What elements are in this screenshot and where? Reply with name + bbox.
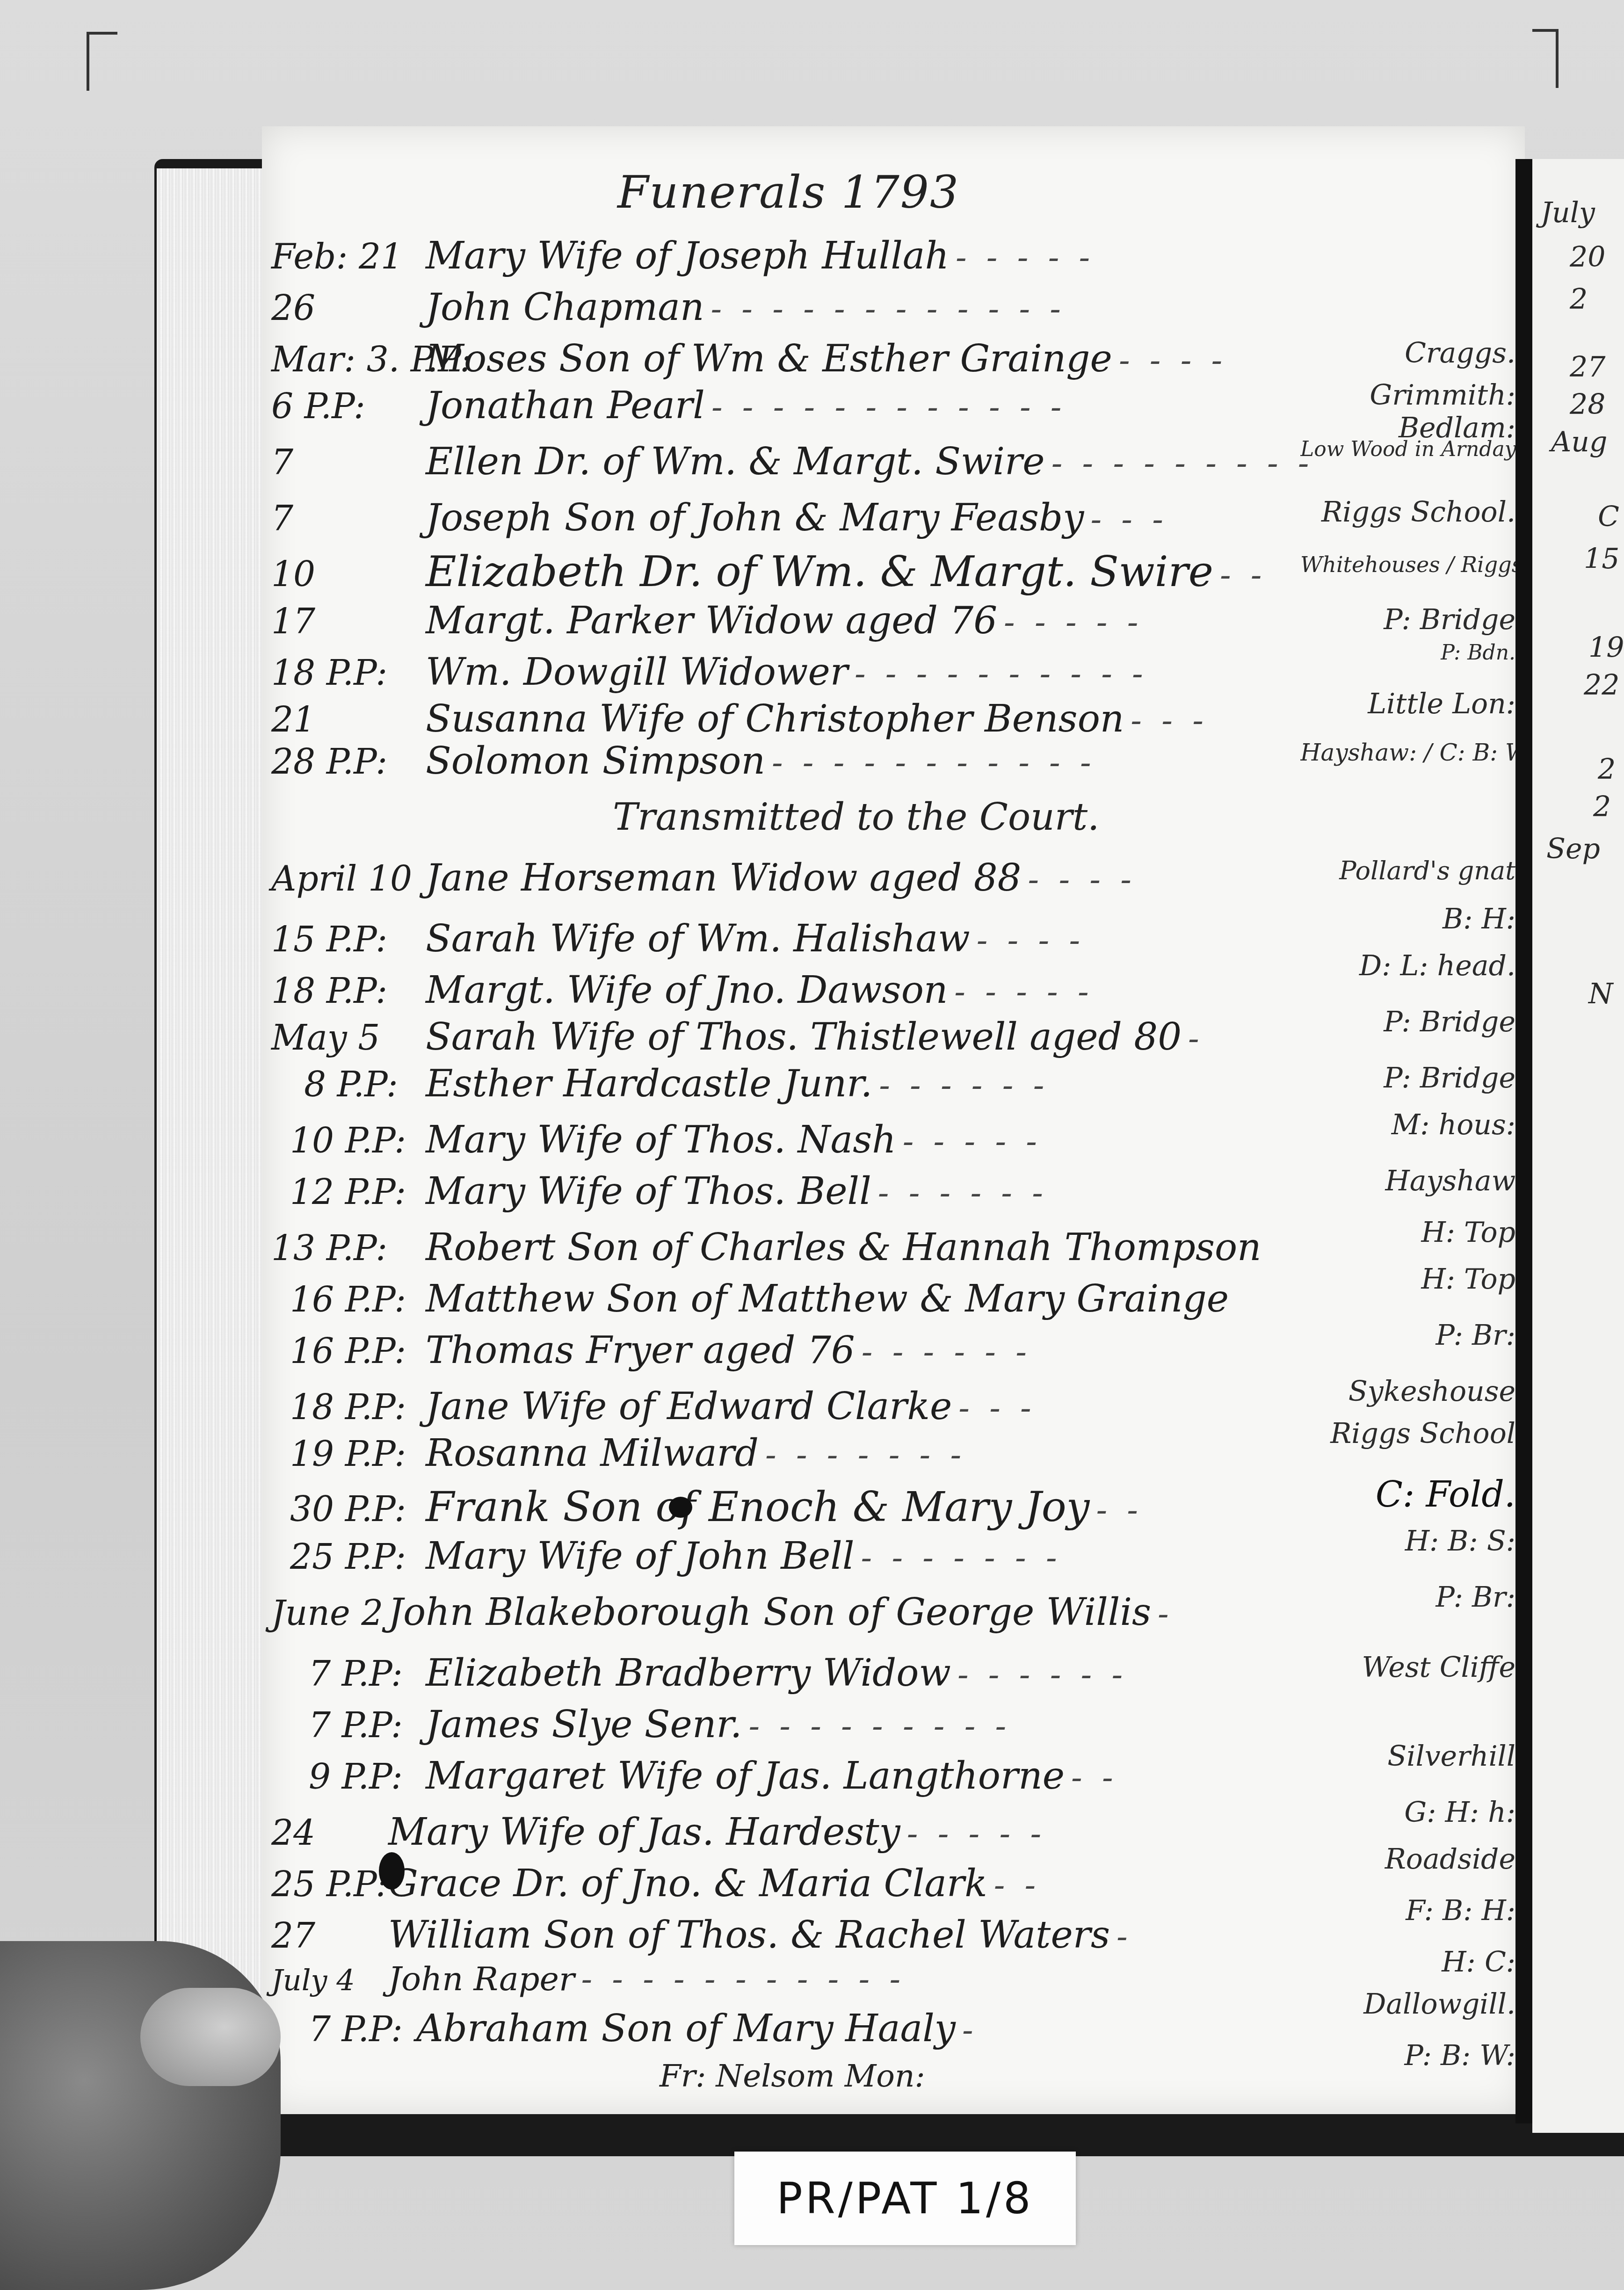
entry-text: Solomon Simpson (426, 739, 765, 783)
leader-dashes: - - - - - - - (765, 1435, 966, 1474)
leader-dashes: - - - - - - (862, 1333, 1031, 1371)
entry-date: 7 (271, 499, 426, 539)
entry-place: H: Top (1300, 1263, 1515, 1296)
entry-place: Hayshaw (1300, 1165, 1515, 1197)
entry-text: Mary Wife of John Bell (426, 1534, 854, 1578)
leader-dashes: - - (1096, 1491, 1143, 1529)
leader-dashes: - - - (958, 1389, 1036, 1427)
register-entry: 16 P.P:Matthew Son of Matthew & Mary Gra… (290, 1277, 1229, 1328)
register-entry: 10 P.P:Mary Wife of Thos. Nash- - - - - (290, 1118, 1042, 1169)
entry-date: 15 P.P: (271, 920, 426, 960)
entry-text: Margaret Wife of Jas. Langthorne (426, 1754, 1065, 1797)
entry-text: Margt. Wife of Jno. Dawson (426, 968, 948, 1012)
entry-date: 26 (271, 288, 426, 328)
leader-dashes: - - - - - (1004, 603, 1143, 641)
entry-place: H: B: S: (1300, 1525, 1515, 1558)
leader-dashes: - - - - - - - - - (1051, 444, 1314, 482)
entry-place: P: Bridge (1300, 1006, 1515, 1038)
leader-dashes: - - - - - - - (861, 1538, 1061, 1577)
facing-page-fragment: July 20 2 27 28 Aug C 15 19 22 2 2 Sep N (1532, 159, 1624, 2133)
entry-date: 18 P.P: (290, 1387, 426, 1428)
leader-dashes: - - - - - - (957, 1655, 1127, 1694)
entry-text: Abraham Son of Mary Haaly (416, 2007, 956, 2050)
leader-dashes: - - - - (977, 921, 1085, 959)
register-entry: May 5Sarah Wife of Thos. Thistlewell age… (271, 1015, 1204, 1066)
entry-place: G: H: h: (1300, 1796, 1515, 1829)
facing-page-text: 20 (1570, 241, 1605, 274)
entry-place: Sykeshouse (1300, 1375, 1515, 1408)
leader-dashes: - - - - - - - - - - - - (711, 388, 1066, 426)
register-entry: 7Joseph Son of John & Mary Feasby- - - (271, 496, 1168, 547)
entry-date: 27 (271, 1916, 388, 1956)
entry-text: Elizabeth Dr. of Wm. & Margt. Swire (426, 547, 1213, 596)
register-entry: Feb: 21Mary Wife of Joseph Hullah- - - -… (271, 234, 1095, 285)
entry-text: Jonathan Pearl (426, 384, 705, 427)
entry-text: Wm. Dowgill Widower (426, 650, 848, 694)
entry-text: Sarah Wife of Thos. Thistlewell aged 80 (426, 1015, 1182, 1058)
entry-date: 30 P.P: (290, 1489, 426, 1529)
ink-blot (379, 1852, 405, 1890)
entry-place: D: L: head. (1300, 949, 1515, 982)
register-entry: 13 P.P:Robert Son of Charles & Hannah Th… (271, 1225, 1261, 1277)
facing-page-text: Aug (1551, 426, 1607, 458)
facing-page-text: 15 (1584, 543, 1619, 575)
register-entry: 18 P.P:Wm. Dowgill Widower- - - - - - - … (271, 650, 1148, 702)
register-entry: 9 P.P:Margaret Wife of Jas. Langthorne- … (309, 1754, 1118, 1805)
entry-text: Margt. Parker Widow aged 76 (426, 599, 997, 642)
entry-date: 7 P.P: (309, 2009, 416, 2050)
leader-dashes: - - - - - - (878, 1174, 1048, 1212)
entry-date: July 4 (271, 1963, 388, 1997)
leader-dashes: - - (994, 1866, 1041, 1904)
register-entry: 8 P.P:Esther Hardcastle Junr.- - - - - - (304, 1062, 1049, 1113)
entry-text: Ellen Dr. of Wm. & Margt. Swire (426, 440, 1045, 483)
entry-text: Robert Son of Charles & Hannah Thompson (426, 1225, 1261, 1269)
leader-dashes: - (1158, 1594, 1174, 1633)
page-edges (157, 168, 264, 2053)
entry-date: 9 P.P: (309, 1757, 426, 1797)
leader-dashes: - - - - - (903, 1122, 1042, 1160)
entry-place: F: B: H: (1300, 1894, 1515, 1927)
entry-date: 12 P.P: (290, 1172, 426, 1212)
entry-place: P: Bridge (1300, 603, 1515, 636)
crop-mark-top-right (1532, 29, 1559, 88)
entry-text: Mary Wife of Thos. Nash (426, 1118, 896, 1161)
entry-text: Moses Son of Wm & Esther Grainge (426, 337, 1112, 380)
entry-text: Mary Wife of Jas. Hardesty (388, 1810, 900, 1854)
register-entry: 7 P.P:James Slye Senr.- - - - - - - - - (309, 1703, 1011, 1754)
entry-place: Dallowgill. (1300, 1988, 1515, 2021)
facing-page-text: July (1541, 196, 1595, 229)
register-entry: Mar: 3. P.P:Moses Son of Wm & Esther Gra… (271, 337, 1227, 388)
facing-page-text: 22 (1584, 669, 1619, 702)
entry-date: 17 (271, 601, 426, 642)
leader-dashes: - - (1071, 1758, 1118, 1797)
leader-dashes: - - - - - (954, 972, 1093, 1011)
entry-date: 16 P.P: (290, 1280, 426, 1320)
entry-date: 10 (271, 554, 426, 594)
entry-date: 28 P.P: (271, 742, 426, 782)
transmitted-note: Transmitted to the Court. (613, 795, 1100, 839)
page-title: Funerals 1793 (617, 166, 959, 218)
entry-place: P: Bdn. (1300, 641, 1515, 665)
entry-text: Joseph Son of John & Mary Feasby (426, 496, 1084, 539)
register-entry: 18 P.P:Margt. Wife of Jno. Dawson- - - -… (271, 968, 1094, 1020)
thumb (140, 1988, 281, 2086)
facing-page-text: Sep (1546, 833, 1600, 865)
entry-date: 7 (271, 442, 426, 483)
entry-date: Feb: 21 (271, 237, 426, 277)
leader-dashes: - - - - - - - - - - (855, 654, 1148, 693)
entry-text: James Slye Senr. (426, 1703, 742, 1746)
register-entry: 16 P.P:Thomas Fryer aged 76- - - - - - (290, 1328, 1031, 1380)
register-entry: 26John Chapman- - - - - - - - - - - - (271, 285, 1066, 337)
facing-page-text: N (1588, 978, 1613, 1010)
leader-dashes: - - - - - - (879, 1066, 1049, 1104)
entry-date: 16 P.P: (290, 1331, 426, 1371)
entry-place: P: Br: (1300, 1319, 1515, 1352)
facing-page-text: 2 (1593, 790, 1611, 823)
facing-page-text: 27 (1570, 351, 1605, 384)
entry-date: 7 P.P: (309, 1705, 426, 1746)
register-entry: 12 P.P:Mary Wife of Thos. Bell- - - - - … (290, 1169, 1048, 1221)
entry-place: M: hous: (1300, 1109, 1515, 1141)
facing-page-text: 19 (1588, 631, 1624, 664)
entry-text: Mary Wife of Thos. Bell (426, 1169, 871, 1213)
register-entry: June 2John Blakeborough Son of George Wi… (271, 1590, 1174, 1642)
entry-text: Mary Wife of Joseph Hullah (426, 234, 949, 277)
leader-dashes: - - - - (1028, 860, 1136, 899)
entry-text: Susanna Wife of Christopher Benson (426, 697, 1124, 740)
leader-dashes: - - - - - - - - - - - (581, 1960, 905, 1998)
marginal-note: Fr: Nelsom Mon: (660, 2058, 925, 2094)
register-entry: 7 P.P:Elizabeth Bradberry Widow- - - - -… (309, 1651, 1127, 1703)
entry-text: Jane Wife of Edward Clarke (426, 1384, 952, 1428)
register-entry: July 4John Raper- - - - - - - - - - - (271, 1960, 905, 2011)
entry-date: 18 P.P: (271, 653, 426, 693)
entry-place: Riggs School (1300, 1417, 1515, 1450)
entry-text: John Chapman (426, 285, 704, 329)
facing-page-text: 2 (1570, 283, 1588, 316)
entry-date: 13 P.P: (271, 1228, 426, 1268)
entry-place: Little Lon: (1300, 688, 1515, 720)
entry-place: B: H: (1300, 903, 1515, 935)
leader-dashes: - (962, 2011, 978, 2049)
entry-text: Esther Hardcastle Junr. (426, 1062, 872, 1105)
entry-place: H: C: (1300, 1946, 1515, 1978)
entry-date: 25 P.P: (271, 1864, 388, 1905)
leader-dashes: - - - - (1119, 341, 1227, 379)
leader-dashes: - (1188, 1019, 1204, 1058)
register-entry: 6 P.P:Jonathan Pearl- - - - - - - - - - … (271, 384, 1066, 435)
entry-text: William Son of Thos. & Rachel Waters (388, 1913, 1110, 1957)
register-entry: 27William Son of Thos. & Rachel Waters- (271, 1913, 1132, 1964)
entry-place: P: Bridge (1300, 1062, 1515, 1094)
entry-date: May 5 (271, 1018, 426, 1058)
entry-text: John Raper (388, 1960, 574, 1998)
register-entry: 7Ellen Dr. of Wm. & Margt. Swire- - - - … (271, 440, 1314, 491)
entry-text: Sarah Wife of Wm. Halishaw (426, 917, 970, 960)
entry-place: Grimmith: (1300, 379, 1515, 412)
leader-dashes: - - - (1131, 701, 1208, 739)
register-entry: 30 P.P:Frank Son of Enoch & Mary Joy- - (290, 1483, 1143, 1534)
leader-dashes: - - - - - (956, 238, 1095, 276)
entry-text: Elizabeth Bradberry Widow (426, 1651, 951, 1695)
entry-date: 25 P.P: (290, 1537, 426, 1577)
archive-reference-label: PR/PAT 1/8 (734, 2152, 1076, 2245)
entry-text: John Blakeborough Son of George Willis (388, 1590, 1151, 1634)
entry-place: P: Br: (1300, 1581, 1515, 1614)
leader-dashes: - - - (1090, 500, 1167, 538)
entry-text: Thomas Fryer aged 76 (426, 1328, 855, 1372)
entry-text: Rosanna Milward (426, 1431, 759, 1475)
leader-dashes: - - (1220, 556, 1267, 594)
entry-place: H: Top (1300, 1216, 1515, 1249)
entry-place: West Cliffe (1300, 1651, 1515, 1684)
register-entry: April 10Jane Horseman Widow aged 88- - -… (271, 856, 1136, 907)
leader-dashes: - - - - - - - - - (748, 1707, 1011, 1745)
book-gutter (1515, 159, 1532, 2123)
leader-dashes: - - - - - - - - - - - - (710, 290, 1066, 328)
facing-page-text: 28 (1570, 388, 1605, 421)
entry-date: April 10 (271, 859, 426, 899)
entry-date: 10 P.P: (290, 1121, 426, 1161)
entry-place: Craggs. (1300, 337, 1515, 370)
entry-place: C: Fold. (1300, 1473, 1515, 1515)
ink-blot (669, 1497, 692, 1518)
entry-date: 18 P.P: (271, 971, 426, 1011)
register-entry: 10Elizabeth Dr. of Wm. & Margt. Swire- - (271, 547, 1267, 599)
facing-page-text: C (1598, 500, 1619, 533)
entry-text: Jane Horseman Widow aged 88 (426, 856, 1022, 899)
register-entry: 7 P.P:Abraham Son of Mary Haaly- (309, 2007, 978, 2058)
entry-date: 6 P.P: (271, 386, 426, 427)
entry-place: Roadside (1300, 1843, 1515, 1876)
entry-date: 19 P.P: (290, 1434, 426, 1474)
entry-place: P: B: W: (1300, 2039, 1515, 2072)
facing-page-text: 2 (1598, 753, 1616, 786)
leader-dashes: - (1116, 1917, 1132, 1956)
register-entry: 28 P.P:Solomon Simpson- - - - - - - - - … (271, 739, 1096, 790)
entry-place: Silverhill (1300, 1740, 1515, 1773)
crop-mark-top-left (87, 32, 117, 91)
leader-dashes: - - - - - (907, 1814, 1046, 1853)
register-entry: 18 P.P:Jane Wife of Edward Clarke- - - (290, 1384, 1036, 1436)
entry-date: June 2 (271, 1593, 388, 1633)
entry-text: Frank Son of Enoch & Mary Joy (426, 1483, 1089, 1531)
entry-place: Whitehouses / Riggs School (1300, 552, 1515, 577)
entry-date: Mar: 3. P.P: (271, 340, 426, 380)
entry-date: 8 P.P: (304, 1065, 426, 1105)
entry-date: 7 P.P: (309, 1654, 426, 1694)
entry-place: Pollard's gnat (1300, 856, 1515, 885)
entry-text: Matthew Son of Matthew & Mary Grainge (426, 1277, 1229, 1320)
register-entry: 15 P.P:Sarah Wife of Wm. Halishaw- - - - (271, 917, 1085, 968)
entry-date: 24 (271, 1813, 388, 1853)
register-entry: 17Margt. Parker Widow aged 76- - - - - (271, 599, 1143, 650)
entry-place: Low Wood in Arnday (1300, 437, 1515, 461)
entry-place: Hayshaw: / C: B: W: R: (1300, 739, 1515, 766)
entry-date: 21 (271, 700, 426, 740)
entry-text: Grace Dr. of Jno. & Maria Clark (388, 1862, 987, 1905)
entry-place: Riggs School. (1300, 496, 1515, 529)
register-entry: 25 P.P:Mary Wife of John Bell- - - - - -… (290, 1534, 1062, 1586)
register-entry: 19 P.P:Rosanna Milward- - - - - - - (290, 1431, 966, 1483)
leader-dashes: - - - - - - - - - - - (772, 743, 1096, 782)
